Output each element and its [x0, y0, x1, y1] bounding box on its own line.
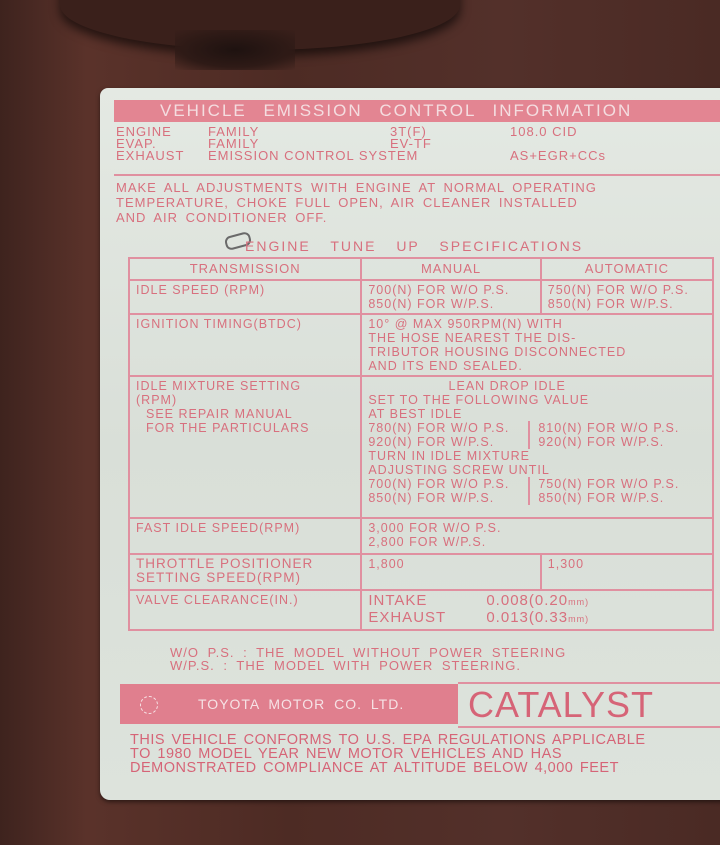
toyota-emblem-icon: [140, 696, 158, 714]
catalyst-marking: CATALYST: [458, 682, 720, 728]
intake-unit: mm): [568, 597, 589, 607]
tune-up-spec-table: TRANSMISSION MANUAL AUTOMATIC IDLE SPEED…: [128, 257, 714, 631]
displacement-value: 108.0 CID: [510, 126, 578, 138]
value-line: 920(N) FOR W/P.S.: [368, 435, 528, 449]
final-idle-values: 700(N) FOR W/O P.S. 850(N) FOR W/P.S. 75…: [368, 477, 706, 505]
manufacturer-name: TOYOTA MOTOR CO. LTD.: [198, 684, 404, 724]
label-title: VEHICLE EMISSION CONTROL INFORMATION: [114, 100, 720, 122]
value-line: 780(N) FOR W/O P.S.: [368, 421, 528, 435]
engine-family-block: ENGINE FAMILY 3T(F) 108.0 CID EVAP. FAMI…: [116, 126, 720, 162]
throttle-positioner-manual: 1,800: [361, 554, 540, 590]
ignition-timing-label: IGNITION TIMING(BTDC): [129, 314, 361, 376]
table-row-idle-mixture: IDLE MIXTURE SETTING (RPM) SEE REPAIR MA…: [129, 376, 713, 518]
label-line: SEE REPAIR MANUAL: [136, 407, 354, 421]
value-line: 700(N) FOR W/O P.S.: [368, 283, 533, 297]
idle-speed-label: IDLE SPEED (RPM): [129, 280, 361, 314]
valve-clearance-label: VALVE CLEARANCE(IN.): [129, 590, 361, 630]
label-line: (RPM): [136, 393, 354, 407]
manufacturer-band: TOYOTA MOTOR CO. LTD.: [120, 684, 458, 724]
table-row-throttle-positioner: THROTTLE POSITIONER SETTING SPEED(RPM) 1…: [129, 554, 713, 590]
exhaust-line: EXHAUST0.013(0.33mm): [368, 610, 706, 627]
valve-clearance-value: INTAKE0.008(0.20mm) EXHAUST0.013(0.33mm): [361, 590, 713, 630]
epa-compliance-statement: THIS VEHICLE CONFORMS TO U.S. EPA REGULA…: [130, 733, 720, 775]
label-line: FOR THE PARTICULARS: [136, 421, 354, 435]
footer-line: TO 1980 MODEL YEAR NEW MOTOR VEHICLES AN…: [130, 747, 720, 761]
fast-idle-label: FAST IDLE SPEED(RPM): [129, 518, 361, 554]
adjustment-instructions: MAKE ALL ADJUSTMENTS WITH ENGINE AT NORM…: [116, 180, 716, 225]
value-line: TURN IN IDLE MIXTURE: [368, 449, 706, 463]
table-header-row: TRANSMISSION MANUAL AUTOMATIC: [129, 258, 713, 280]
section-title: ENGINE TUNE UP SPECIFICATIONS: [245, 238, 583, 254]
value-line: 750(N) FOR W/O P.S.: [548, 283, 706, 297]
fast-idle-value: 3,000 FOR W/O P.S. 2,800 FOR W/P.S.: [361, 518, 713, 554]
exhaust-unit: mm): [568, 614, 589, 624]
label-line: SETTING SPEED(RPM): [136, 571, 354, 585]
value-line: 700(N) FOR W/O P.S.: [368, 477, 528, 491]
value-line: 3,000 FOR W/O P.S.: [368, 521, 706, 535]
final-idle-automatic: 750(N) FOR W/O P.S. 850(N) FOR W/P.S.: [528, 477, 679, 505]
label-line: THROTTLE POSITIONER: [136, 557, 354, 571]
value-line: ADJUSTING SCREW UNTIL: [368, 463, 706, 477]
throttle-positioner-automatic: 1,300: [541, 554, 713, 590]
best-idle-manual: 780(N) FOR W/O P.S. 920(N) FOR W/P.S.: [368, 421, 528, 449]
exhaust-system-value: AS+EGR+CCs: [510, 150, 606, 162]
value-line: THE HOSE NEAREST THE DIS-: [368, 331, 706, 345]
table-row-fast-idle: FAST IDLE SPEED(RPM) 3,000 FOR W/O P.S. …: [129, 518, 713, 554]
table-row-ignition-timing: IGNITION TIMING(BTDC) 10° @ MAX 950RPM(N…: [129, 314, 713, 376]
row-label: EXHAUST: [116, 150, 208, 162]
exhaust-system-row: EXHAUST EMISSION CONTROL SYSTEM AS+EGR+C…: [116, 150, 720, 162]
intake-label: INTAKE: [368, 593, 486, 608]
footer-line: THIS VEHICLE CONFORMS TO U.S. EPA REGULA…: [130, 733, 720, 747]
evap-family-row: EVAP. FAMILY EV-TF: [116, 138, 720, 150]
value-line: 850(N) FOR W/P.S.: [548, 297, 706, 311]
idle-speed-automatic: 750(N) FOR W/O P.S. 850(N) FOR W/P.S.: [541, 280, 713, 314]
idle-mixture-value: LEAN DROP IDLE SET TO THE FOLLOWING VALU…: [361, 376, 713, 518]
value-line: 10° @ MAX 950RPM(N) WITH: [368, 317, 706, 331]
throttle-positioner-label: THROTTLE POSITIONER SETTING SPEED(RPM): [129, 554, 361, 590]
value-line: 2,800 FOR W/P.S.: [368, 535, 706, 549]
header-automatic: AUTOMATIC: [541, 258, 713, 280]
instruction-line: TEMPERATURE, CHOKE FULL OPEN, AIR CLEANE…: [116, 195, 716, 210]
instruction-line: MAKE ALL ADJUSTMENTS WITH ENGINE AT NORM…: [116, 180, 716, 195]
hood-shadow-spot: [175, 30, 295, 70]
value-line: 850(N) FOR W/P.S.: [538, 491, 679, 505]
exhaust-label: EXHAUST: [368, 610, 486, 625]
value-line: AT BEST IDLE: [368, 407, 706, 421]
header-manual: MANUAL: [361, 258, 540, 280]
value-line: 750(N) FOR W/O P.S.: [538, 477, 679, 491]
best-idle-automatic: 810(N) FOR W/O P.S. 920(N) FOR W/P.S.: [528, 421, 679, 449]
table-row-idle-speed: IDLE SPEED (RPM) 700(N) FOR W/O P.S. 850…: [129, 280, 713, 314]
ignition-timing-value: 10° @ MAX 950RPM(N) WITH THE HOSE NEARES…: [361, 314, 713, 376]
instruction-line: AND AIR CONDITIONER OFF.: [116, 210, 716, 225]
value-line: 850(N) FOR W/P.S.: [368, 491, 528, 505]
value-line: 920(N) FOR W/P.S.: [538, 435, 679, 449]
value-line: TRIBUTOR HOUSING DISCONNECTED: [368, 345, 706, 359]
emission-label: VEHICLE EMISSION CONTROL INFORMATION ENG…: [100, 88, 720, 800]
idle-speed-manual: 700(N) FOR W/O P.S. 850(N) FOR W/P.S.: [361, 280, 540, 314]
exhaust-value: 0.013(0.33: [486, 609, 568, 626]
table-row-valve-clearance: VALVE CLEARANCE(IN.) INTAKE0.008(0.20mm)…: [129, 590, 713, 630]
best-idle-values: 780(N) FOR W/O P.S. 920(N) FOR W/P.S. 81…: [368, 421, 706, 449]
value-line: 810(N) FOR W/O P.S.: [538, 421, 679, 435]
divider: [114, 174, 720, 176]
value-line: AND ITS END SEALED.: [368, 359, 706, 373]
method-line: LEAN DROP IDLE: [368, 379, 706, 393]
footer-line: DEMONSTRATED COMPLIANCE AT ALTITUDE BELO…: [130, 761, 720, 775]
intake-line: INTAKE0.008(0.20mm): [368, 593, 706, 610]
value-line: SET TO THE FOLLOWING VALUE: [368, 393, 706, 407]
final-idle-manual: 700(N) FOR W/O P.S. 850(N) FOR W/P.S.: [368, 477, 528, 505]
value-line: 850(N) FOR W/P.S.: [368, 297, 533, 311]
idle-mixture-label: IDLE MIXTURE SETTING (RPM) SEE REPAIR MA…: [129, 376, 361, 518]
row-sublabel: EMISSION CONTROL SYSTEM: [208, 150, 510, 162]
note-line: W/P.S. : THE MODEL WITH POWER STEERING.: [170, 659, 566, 672]
power-steering-notes: W/O P.S. : THE MODEL WITHOUT POWER STEER…: [170, 646, 566, 672]
intake-value: 0.008(0.20: [486, 592, 568, 609]
header-transmission: TRANSMISSION: [129, 258, 361, 280]
label-line: IDLE MIXTURE SETTING: [136, 379, 354, 393]
